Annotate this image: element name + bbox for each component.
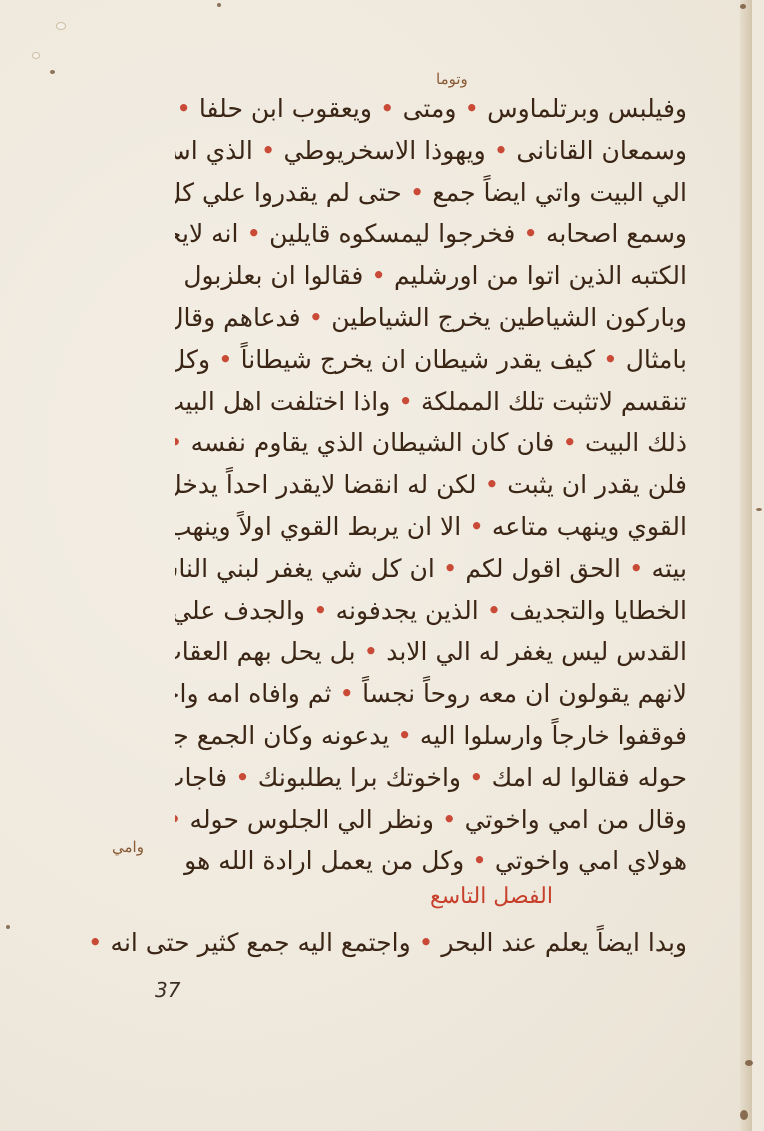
rubric-mark: • <box>175 428 183 457</box>
text-block: وفيلبس وبرتلماوس • ومتى • ويعقوب ابن حلف… <box>175 88 687 882</box>
text-line: بيته • الحق اقول لكم • ان كل شي يغفر لبن… <box>175 548 687 590</box>
rubric-mark: • <box>442 805 457 834</box>
chapter-heading: الفصل التاسع <box>430 884 553 909</box>
rubric-mark: • <box>380 94 395 123</box>
text-line: بامثال • كيف يقدر شيطان ان يخرج شيطاناً … <box>175 339 687 381</box>
rubric-mark: • <box>398 387 413 416</box>
text-line: الخطايا والتجديف • الذين يجدفونه • والجد… <box>175 590 687 632</box>
rubric-mark: • <box>261 136 276 165</box>
text-line: وسمعان القانانى • ويهوذا الاسخريوطي • ال… <box>175 130 687 172</box>
rubric-mark: • <box>469 763 484 792</box>
rubric-mark: • <box>218 345 233 374</box>
rubric-mark: • <box>464 94 479 123</box>
text-line: وبدا ايضاً يعلم عند البحر • واجتمع اليه … <box>175 922 687 964</box>
rubric-mark: • <box>419 928 434 957</box>
text-line: لانهم يقولون ان معه روحاً نجساً • ثم واف… <box>175 673 687 715</box>
text-line: فوقفوا خارجاً وارسلوا اليه • يدعونه وكان… <box>175 715 687 757</box>
rubric-mark: • <box>410 178 425 207</box>
margin-note: وامي <box>112 838 144 856</box>
text-line: وفيلبس وبرتلماوس • ومتى • ويعقوب ابن حلف… <box>175 88 687 130</box>
text-line: الي البيت واتي ايضاً جمع • حتى لم يقدروا… <box>175 172 687 214</box>
text-line: ذلك البيت • فان كان الشيطان الذي يقاوم ن… <box>175 422 687 464</box>
rubric-mark: • <box>629 554 644 583</box>
ink-spot <box>6 925 10 929</box>
text-line: القدس ليس يغفر له الي الابد • بل يحل بهم… <box>175 631 687 673</box>
ink-spot <box>745 1060 753 1066</box>
rubric-mark: • <box>469 512 484 541</box>
text-line: فلن يقدر ان يثبت • لكن له انقضا لايقدر ا… <box>175 464 687 506</box>
rubric-mark: • <box>339 679 354 708</box>
rubric-mark: • <box>603 345 618 374</box>
rubric-mark: • <box>494 136 509 165</box>
ink-spot <box>740 1110 748 1120</box>
text-line: وباركون الشياطين يخرج الشياطين • فدعاهم … <box>175 297 687 339</box>
rubric-mark: • <box>176 94 191 123</box>
rubric-mark: • <box>313 596 328 625</box>
rubric-mark: • <box>246 219 261 248</box>
rubric-mark: • <box>523 219 538 248</box>
rubric-mark: • <box>472 846 487 875</box>
rubric-mark: • <box>175 805 182 834</box>
rubric-mark: • <box>487 596 502 625</box>
rubric-mark: • <box>562 428 577 457</box>
folio-number: 37 <box>155 978 180 1002</box>
page-edge <box>740 0 752 1131</box>
rubric-mark: • <box>364 637 379 666</box>
manuscript-page: وتوما وفيلبس وبرتلماوس • ومتى • ويعقوب ا… <box>0 0 752 1131</box>
text-line: تنقسم لاتثبت تلك المملكة • واذا اختلفت ا… <box>175 381 687 423</box>
wormhole <box>56 22 66 30</box>
rubric-mark: • <box>235 763 250 792</box>
ink-spot <box>756 508 762 511</box>
text-line: وسمع اصحابه • فخرجوا ليمسكوه قايلين • ان… <box>175 213 687 255</box>
rubric-mark: • <box>485 470 500 499</box>
text-line: الكتبه الذين اتوا من اورشليم • فقالوا ان… <box>175 255 687 297</box>
text-line: حوله فقالوا له امك • واخوتك برا يطلبونك … <box>175 757 687 799</box>
rubric-mark: • <box>371 261 386 290</box>
wormhole <box>32 52 40 59</box>
rubric-mark: • <box>443 554 458 583</box>
rubric-mark: • <box>397 721 412 750</box>
ink-spot <box>50 70 55 74</box>
text-line: القوي وينهب متاعه • الا ان يربط القوي او… <box>175 506 687 548</box>
rubric-mark: • <box>88 928 103 957</box>
ink-spot <box>217 3 221 7</box>
ink-spot <box>740 4 746 9</box>
text-line: وقال من امي واخوتي • ونظر الي الجلوس حول… <box>175 799 687 841</box>
interlinear-note: وتوما <box>436 70 468 88</box>
text-line: هولاي امي واخوتي • وكل من يعمل ارادة الل… <box>175 840 687 882</box>
rubric-mark: • <box>309 303 324 332</box>
